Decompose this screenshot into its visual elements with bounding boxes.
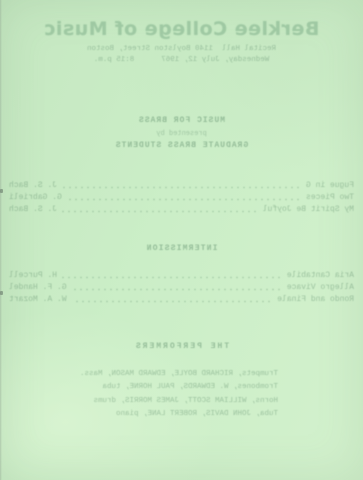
performer-line: Horns, WILLIAM SCOTT, JAMES MORRIS, drum… — [78, 395, 278, 408]
program-row: Aria Cantabile H. Purcell — [9, 271, 354, 283]
dot-leader — [72, 288, 282, 291]
program-row: Two Pieces G. Gabrieli — [9, 193, 354, 205]
dot-leader — [62, 210, 258, 213]
intermission-heading: INTERMISSION — [0, 244, 363, 253]
paper-speck — [0, 189, 3, 193]
work-title: My Spirit Be Joyful — [263, 205, 354, 214]
work-title: Fugue in G — [306, 181, 354, 190]
composer-name: J. S. Bach — [9, 205, 57, 214]
paper-speck — [0, 291, 3, 295]
performer-line: Trombones, W. EDWARDS, PAUL HORNE, tuba — [78, 381, 278, 394]
work-title: Two Pieces — [306, 193, 354, 202]
performer-line: Tuba, JOHN DAVIS, ROBERT LANE, piano — [78, 408, 278, 421]
scanner-edge-strip — [0, 0, 2, 480]
masthead-title: Berklee College of Music — [0, 18, 363, 40]
program-part-2: Aria Cantabile H. Purcell Allegro Vivace… — [9, 271, 354, 307]
dot-leader — [67, 198, 301, 201]
dot-leader — [62, 276, 282, 279]
program-row: Allegro Vivace G. F. Handel — [9, 283, 354, 295]
dot-leader — [72, 300, 273, 303]
composer-name: G. F. Handel — [9, 283, 67, 292]
work-title: Aria Cantabile — [287, 271, 354, 280]
performers-heading: THE PERFORMERS — [0, 342, 363, 351]
program-row: My Spirit Be Joyful J. S. Bach — [9, 205, 354, 217]
group-name: GRADUATE BRASS STUDENTS — [0, 141, 363, 150]
composer-name: G. Gabrieli — [9, 193, 62, 202]
dot-leader — [62, 186, 301, 189]
performers-list: Trumpets, RICHARD BOYLE, EDWARD MASON, M… — [78, 368, 278, 421]
presented-by-line: presented by — [0, 130, 363, 138]
venue-line: Recital Hall 1140 Boylston Street, Bosto… — [0, 45, 363, 53]
program-row: Rondo and Finale W. A. Mozart — [9, 295, 354, 307]
performer-line: Trumpets, RICHARD BOYLE, EDWARD MASON, M… — [78, 368, 278, 381]
program-row: Fugue in G J. S. Bach — [9, 181, 354, 193]
program-part-1: Fugue in G J. S. Bach Two Pieces G. Gabr… — [9, 181, 354, 217]
work-title: Allegro Vivace — [287, 283, 354, 292]
concert-title: MUSIC FOR BRASS — [0, 116, 363, 125]
composer-name: H. Purcell — [9, 271, 57, 280]
composer-name: J. S. Bach — [9, 181, 57, 190]
date-line: Wednesday, July 12, 1967 8:15 p.m. — [0, 56, 363, 64]
scanned-program-page: Berklee College of Music Recital Hall 11… — [0, 0, 363, 480]
work-title: Rondo and Finale — [277, 295, 354, 304]
bleedthrough-layer: Berklee College of Music Recital Hall 11… — [0, 0, 363, 480]
composer-name: W. A. Mozart — [9, 295, 67, 304]
